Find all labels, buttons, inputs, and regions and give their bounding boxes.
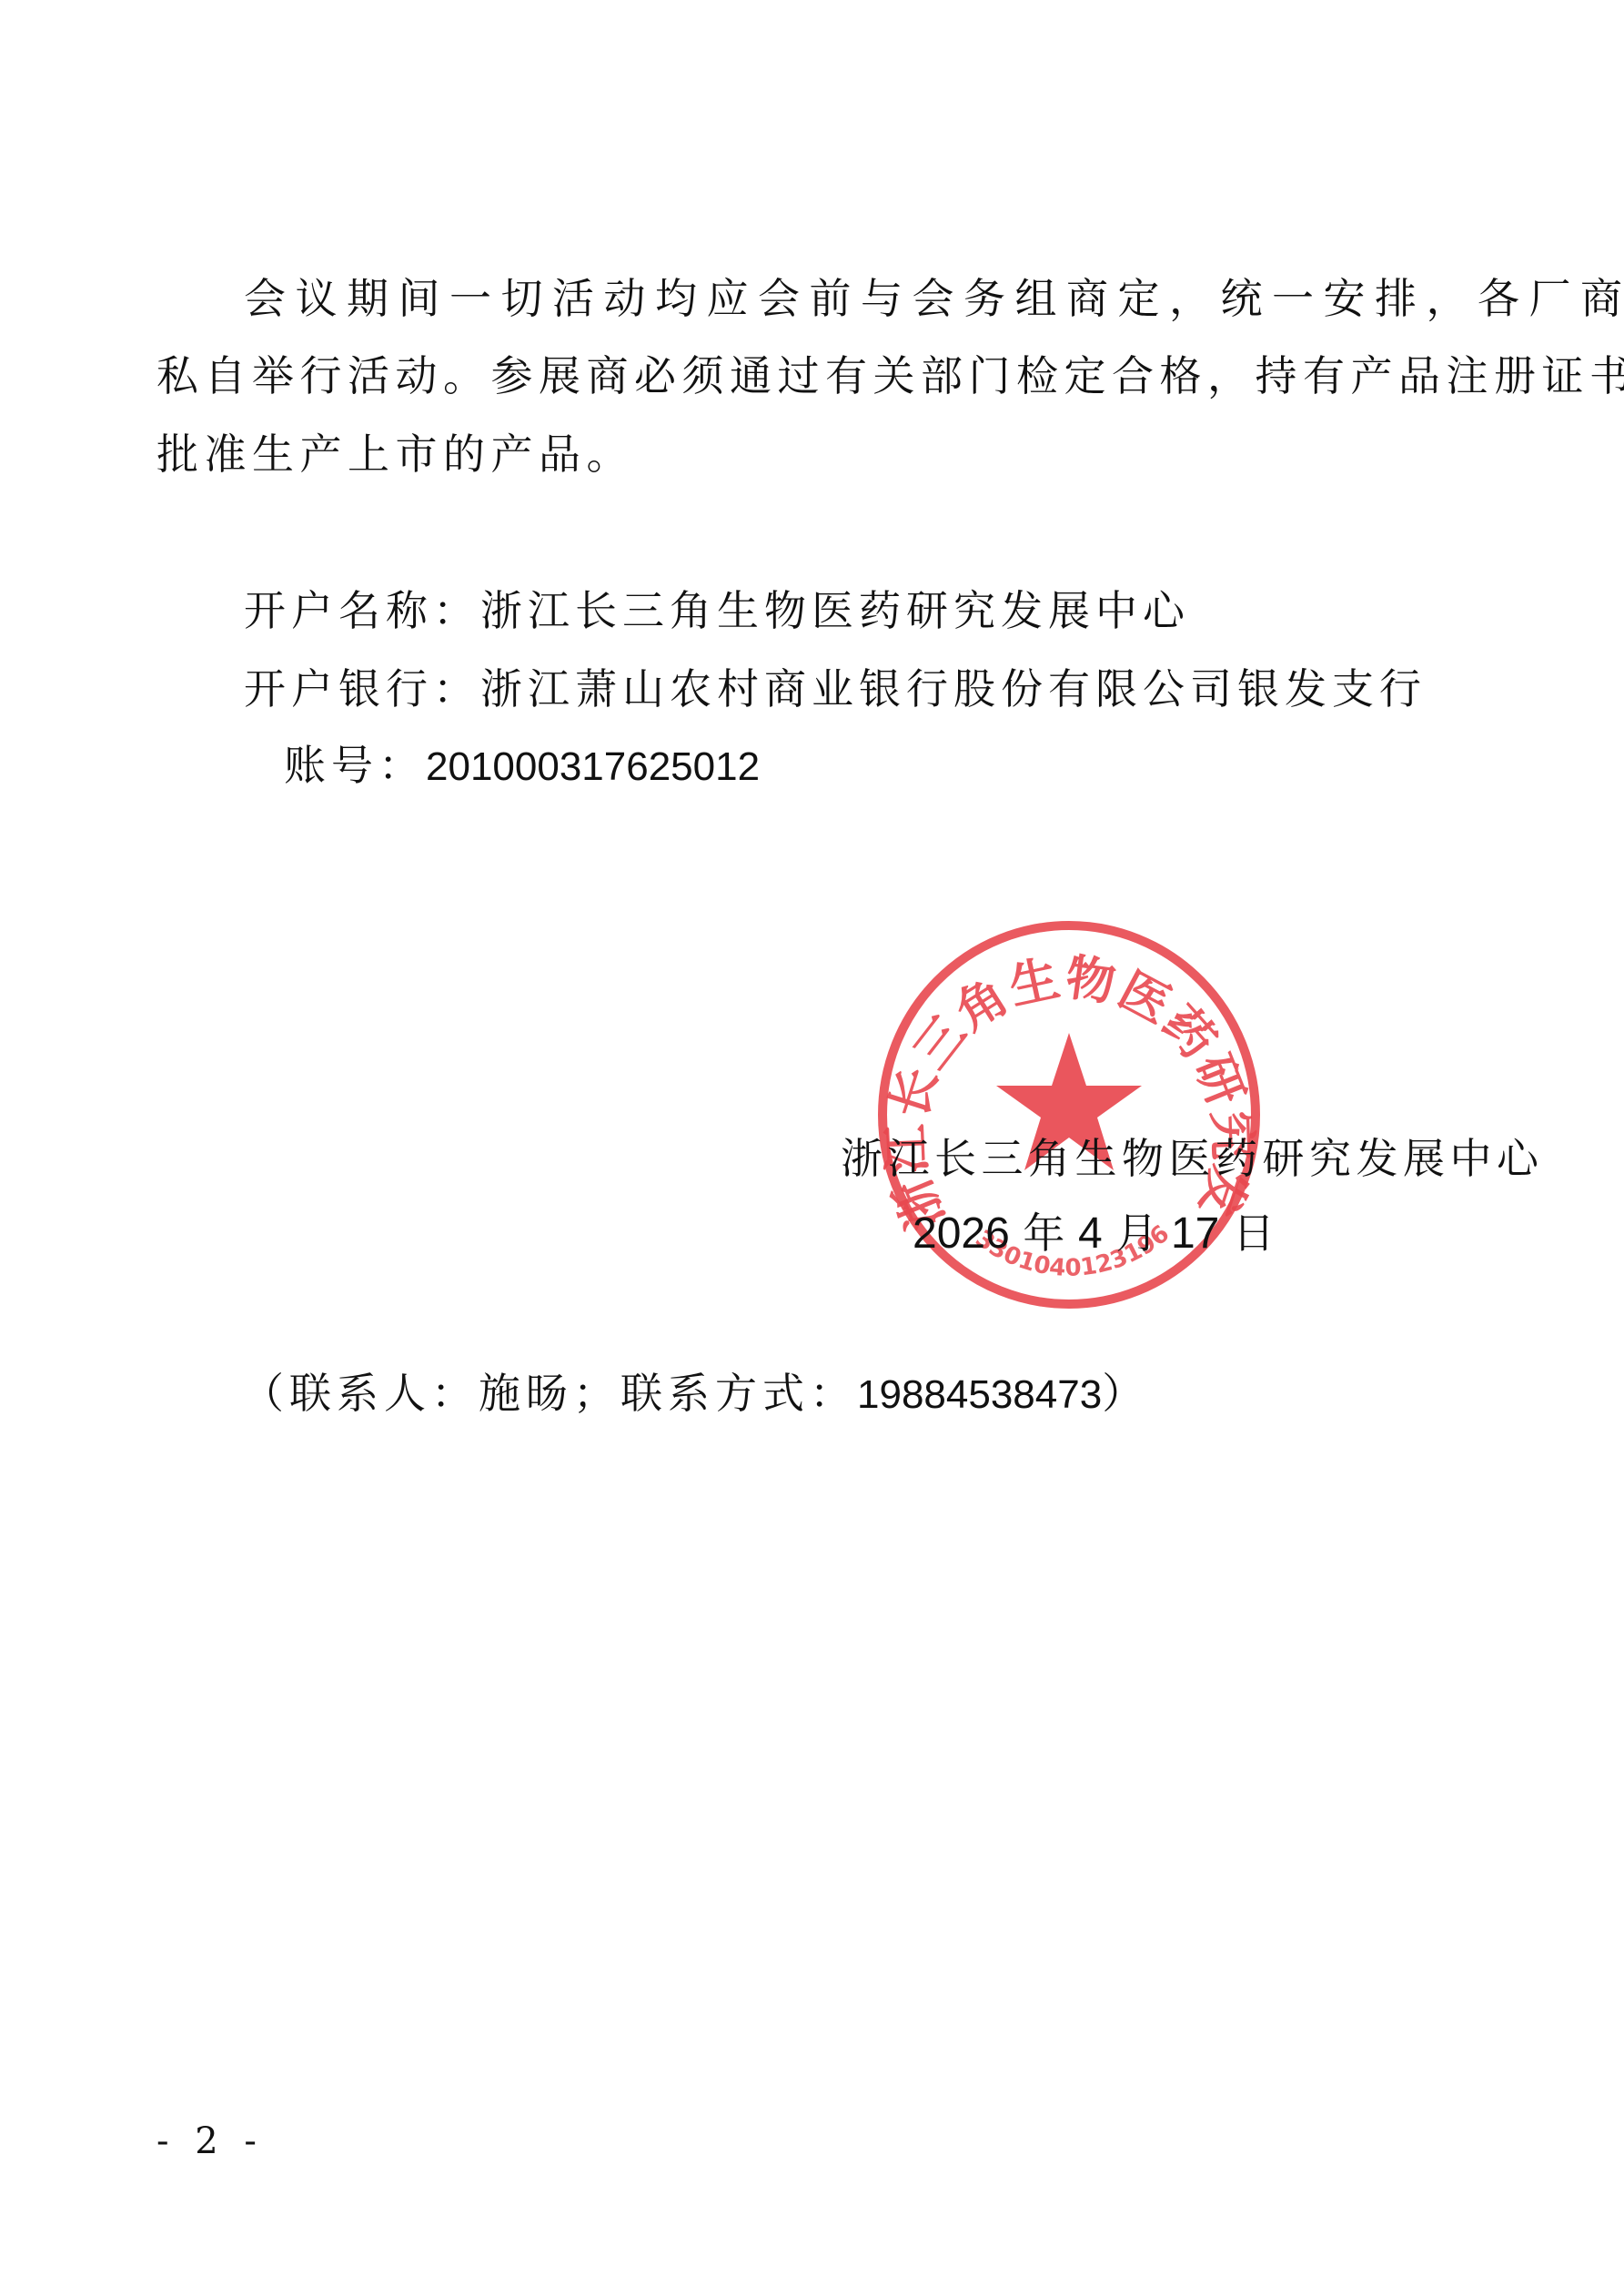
date-day: 17: [1171, 1209, 1219, 1258]
paragraph-line-3: 批准生产上市的产品。: [156, 433, 634, 475]
signature-date: 2026 年 4 月 17 日: [913, 1212, 1275, 1256]
contact-open-paren: （: [242, 1369, 289, 1418]
account-bank-line: 开户银行：浙江萧山农村商业银行股份有限公司银发支行: [244, 668, 1427, 710]
page-number: - 2 -: [156, 2120, 264, 2162]
contact-close-paren: ）: [1102, 1369, 1149, 1418]
account-name-label: 开户名称：: [244, 586, 480, 635]
date-month: 4: [1078, 1209, 1103, 1258]
date-year: 2026: [913, 1209, 1010, 1258]
signature-org: 浙江长三角生物医药研究发展中心: [841, 1138, 1544, 1179]
account-name-line: 开户名称：浙江长三角生物医药研究发展中心: [244, 590, 1190, 632]
contact-phone: 19884538473: [857, 1372, 1102, 1417]
account-name-value: 浙江长三角生物医药研究发展中心: [480, 586, 1190, 635]
contact-person: 施旸: [479, 1369, 573, 1418]
date-month-unit: 月: [1115, 1209, 1157, 1258]
contact-separator: ；: [573, 1369, 620, 1418]
contact-phone-label: 联系方式：: [620, 1369, 857, 1418]
account-number-line: 账号：201000317625012: [284, 744, 760, 787]
account-number-value: 201000317625012: [426, 744, 760, 789]
paragraph-line-2: 私自举行活动。参展商必须通过有关部门检定合格，持有产品注册证书，: [156, 355, 1624, 397]
account-bank-value: 浙江萧山农村商业银行股份有限公司银发支行: [480, 664, 1427, 713]
contact-line: （联系人：施旸；联系方式：19884538473）: [242, 1372, 1149, 1415]
paragraph-line-1: 会议期间一切活动均应会前与会务组商定，统一安排，各厂商不得: [244, 278, 1624, 319]
date-year-unit: 年: [1023, 1209, 1064, 1258]
account-bank-label: 开户银行：: [244, 664, 480, 713]
account-number-label: 账号：: [284, 741, 426, 790]
contact-person-label: 联系人：: [289, 1369, 479, 1418]
date-day-unit: 日: [1233, 1209, 1275, 1258]
